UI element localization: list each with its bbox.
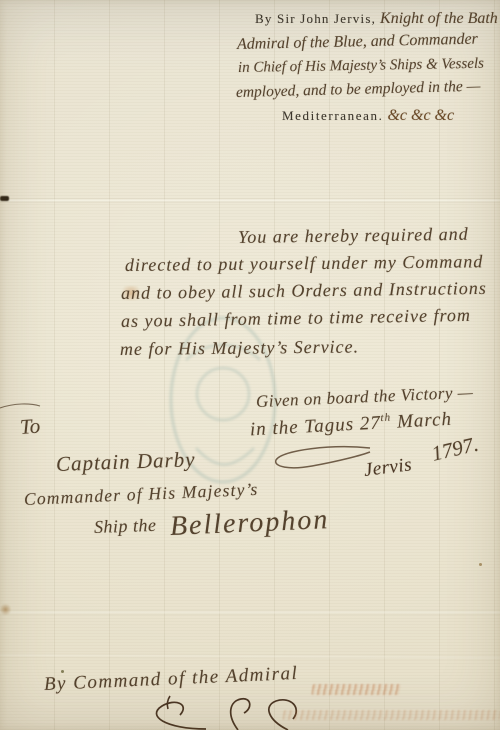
header-line-1: By Sir John Jervis, Knight of the Bath — [255, 10, 498, 28]
ink-bleedthrough-2 — [282, 710, 500, 720]
admiral-signature: Jervis — [363, 454, 414, 482]
fold-crease-bottom — [0, 610, 500, 615]
ink-bleedthrough-1 — [311, 684, 401, 695]
ink-mark-left-edge — [0, 196, 9, 201]
dateline-date-prefix: in the Tagus 27 — [249, 412, 381, 440]
header-line-5: Mediterranean. &c &c &c — [282, 107, 454, 125]
header-etcetera: &c &c &c — [387, 107, 454, 124]
dateline-ordinal: th — [380, 412, 391, 425]
header-line-2: Admiral of the Blue, and Commander — [237, 31, 478, 54]
body-line-5: me for His Majesty’s Service. — [120, 336, 359, 360]
header-printed-place: Mediterranean. — [282, 108, 383, 123]
document-page: By Sir John Jervis, Knight of the Bath A… — [0, 0, 500, 730]
body-line-3: and to obey all such Orders and Instruct… — [121, 278, 487, 304]
dateline-date: in the Tagus 27th March — [249, 408, 452, 441]
body-line-4: as you shall from time to time receive f… — [121, 305, 471, 332]
address-ship-name: Bellerophon — [169, 504, 330, 543]
dateline-place: Given on board the Victory — — [256, 383, 474, 412]
header-line-3: in Chief of His Majesty’s Ships & Vessel… — [238, 56, 484, 77]
footer-by-command: By Command of the Admiral — [44, 663, 299, 696]
address-flourish — [0, 401, 40, 410]
header-printed-by: By Sir John Jervis, — [255, 11, 376, 26]
header-title: Knight of the Bath — [380, 10, 498, 27]
stain-left-edge — [0, 603, 11, 616]
body-line-2: directed to put yourself under my Comman… — [125, 251, 483, 276]
address-rank: Commander of His Majesty’s — [24, 479, 259, 510]
body-line-1: You are hereby required and — [238, 224, 469, 248]
address-to: To — [19, 414, 41, 440]
address-name: Captain Darby — [56, 447, 196, 477]
pen-flourish — [272, 443, 372, 473]
dateline-month: March — [391, 409, 453, 433]
address-ship-prefix: Ship the — [94, 515, 157, 538]
dateline-year: 1797. — [429, 432, 481, 467]
clerk-signature-flourish — [118, 694, 353, 730]
header-line-4: employed, and to be employed in the — — [236, 78, 481, 102]
fold-crease-lower — [0, 653, 500, 661]
fold-crease-top — [0, 198, 500, 203]
speck-right — [479, 563, 482, 566]
